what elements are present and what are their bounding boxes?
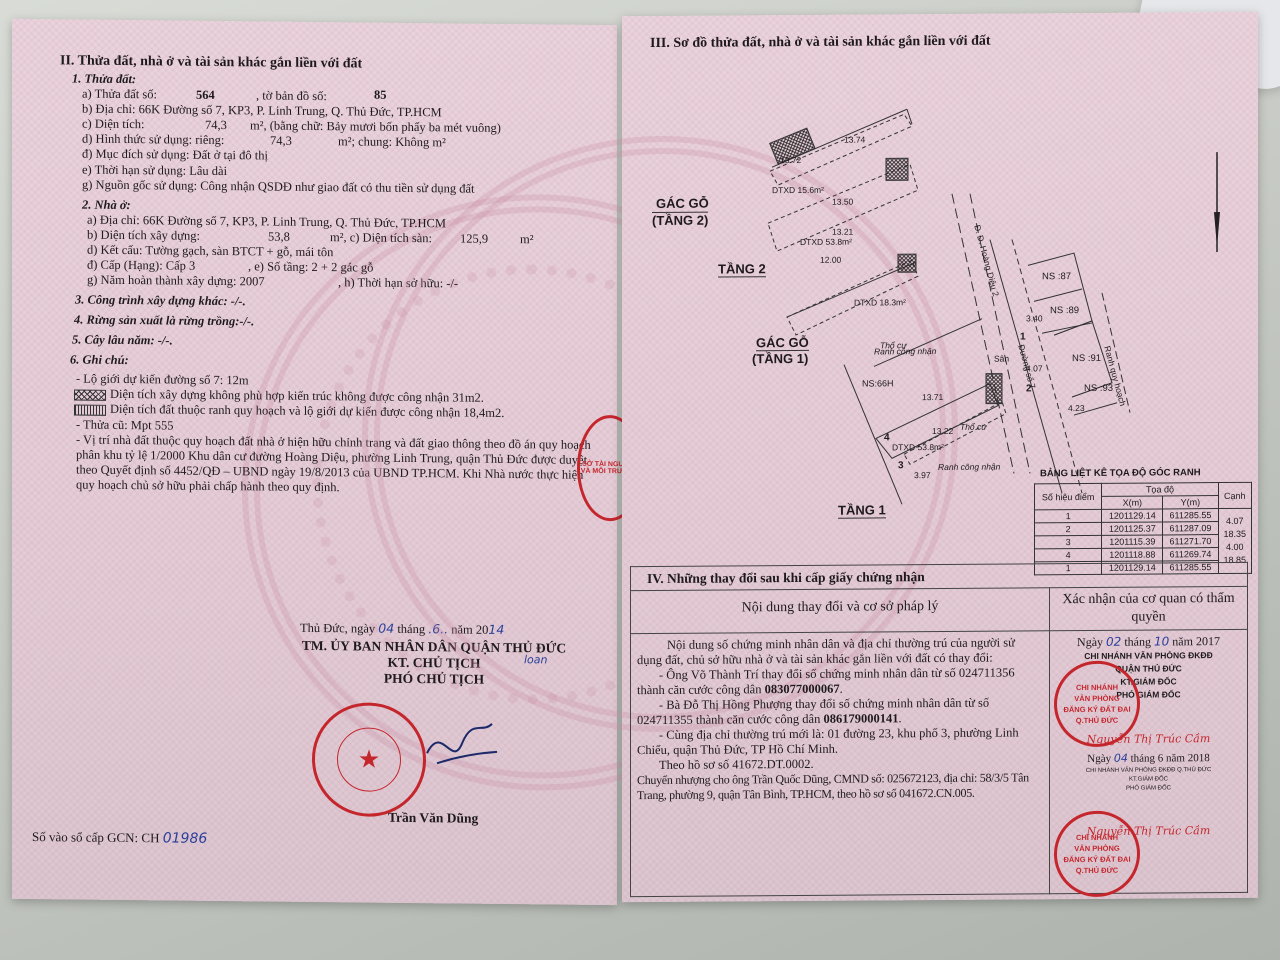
parcel-number: 564 [196,88,215,103]
date-prefix: Ngày [1087,753,1111,765]
map-number: 85 [374,88,387,103]
change-intro: Nội dung số chứng minh nhân dân và địa c… [637,635,1043,668]
coord-table-title: BẢNG LIỆT KÊ TỌA ĐỘ GÓC RANH [1040,467,1201,479]
house-heading: 2. Nhà ở: [82,198,131,214]
cell: 1201129.14 [1102,509,1163,522]
signature-scribble [422,713,502,784]
changes-confirm-cell: Ngày 02 tháng 10 năm 2017 CHI NHÁNH VĂN … [1050,629,1248,893]
date-prefix: Ngày [1077,635,1103,649]
neighbor-93: NS :93 [1084,383,1113,394]
land-purpose: đ) Mục đích sử dụng: Đất ở tại đô thị [82,147,268,164]
build-area-value: 53,8 [268,230,290,245]
dimension-label: 4.23 [1068,403,1085,413]
col-x: X(m) [1102,496,1163,509]
confirm-2-date: Ngày 04 tháng 6 năm 2018 [1054,750,1243,767]
register-number: Số vào sổ cấp GCN: CH 01986 [32,829,207,847]
dimension-label: 3.40 [1026,313,1043,323]
confirm-2-month: 6 [1158,752,1164,764]
perennial-trees: 5. Cây lâu năm: -/-. [72,332,173,348]
edge-value: 4.07 [1222,515,1248,528]
build-area-label: b) Diện tích xây dựng: [87,228,200,244]
cell: 611287.09 [1163,522,1218,535]
corner-point-1: 1 [1020,331,1026,342]
label-floor-2: TẦNG 2 [718,261,766,277]
parcel-label: a) Thửa đất số: [82,87,157,103]
confirm-1-org: CHI NHÁNH VĂN PHÒNG ĐKĐĐ [1054,649,1243,663]
label-attic-1-floor: (TẦNG 1) [752,351,808,366]
change-text: - Bà Đỗ Thị Hồng Phượng thay đổi số chứn… [637,696,989,727]
land-origin: g) Nguồn gốc sử dụng: Công nhận QSDĐ như… [82,178,475,197]
corner-point-4: 4 [884,432,890,443]
residential-label-2: Thổ cư [960,422,987,432]
land-heading: 1. Thửa đất: [72,71,136,87]
neighbor-89: NS :89 [1050,305,1079,316]
dimension-label: 13.71 [922,392,943,402]
confirm-1-date: Ngày 02 tháng 10 năm 2017 [1054,634,1243,650]
cell: 1 [1035,509,1102,522]
neighbor-91: NS :91 [1072,353,1101,364]
seal-line: ĐĂNG KÝ ĐẤT ĐAI [1063,704,1130,715]
col-y: Y(m) [1163,496,1218,509]
note-old-parcel: - Thửa cũ: Mpt 555 [76,418,174,434]
land-term: e) Thời hạn sử dụng: Lâu dài [82,163,227,180]
changes-col-content: Nội dung thay đổi và cơ sở pháp lý [631,588,1050,634]
label-attic-2-floor: (TẦNG 2) [652,212,708,228]
issue-day: 04 [378,621,394,636]
area-value: 74,3 [205,118,227,133]
register-label: Số vào sổ cấp GCN: CH [32,829,159,845]
confirm-1-year: năm 2017 [1172,634,1220,648]
cell: 1201125.37 [1102,522,1163,535]
area-floor-1: DTXD 53.8m² [892,442,944,452]
edge-value: 18.35 [1222,528,1248,541]
usage-common: m²; chung: Không m² [338,134,446,150]
cell: 611285.55 [1163,509,1218,522]
neighbor-87: NS :87 [1042,271,1071,282]
cell: 2 [1035,522,1102,535]
yard-label: Sân [994,354,1009,364]
corner-point-2: 2 [1026,383,1032,394]
month-label: tháng [397,622,425,636]
label-attic-1: GÁC GỖ [756,335,809,351]
date-prefix: Thủ Đức, ngày [300,621,375,636]
dimension-label: 13.72 [780,155,801,165]
seal-line: VĂN PHÒNG [1074,693,1119,704]
month-label: tháng [1131,752,1155,764]
certificate-right-page: III. Sơ đồ thửa đất, nhà ở và tài sản kh… [622,12,1258,902]
north-arrow-icon [1210,152,1214,252]
change-person-1: - Ông Võ Thành Trí thay đổi số chứng min… [637,665,1043,698]
recognized-boundary-label: Ranh công nhận [874,346,934,356]
area-attic-2: DTXD 15.6m² [772,185,824,195]
seal-line: ĐĂNG KÝ ĐẤT ĐAI [1063,854,1130,865]
seal-line: CHI NHÁNH [1076,682,1118,693]
changes-content-cell: Nội dung số chứng minh nhân dân và địa c… [631,631,1050,897]
seal-line: Q.THỦ ĐỨC [1076,715,1118,726]
confirm-1-month: 10 [1154,634,1169,648]
changes-col-confirm: Xác nhận của cơ quan có thẩm quyền [1050,586,1248,630]
recognized-boundary-label-2: Ranh công nhận [938,462,1000,472]
section-title: II. Thửa đất, nhà ở và tài sản khác gắn … [60,53,362,71]
area-floor-2: DTXD 53.8m² [800,237,852,247]
dimension-label: 13.50 [832,197,853,207]
map-label: , tờ bản đồ số: [256,88,327,104]
col-coord: Tọa độ [1102,483,1218,497]
usage-form-label: d) Hình thức sử dụng: riêng: [82,132,224,148]
corner-point-3: 3 [898,460,904,471]
registration-seal-2: CHI NHÁNH VĂN PHÒNG ĐĂNG KÝ ĐẤT ĐAI Q.TH… [1054,811,1140,898]
registration-seal-1: CHI NHÁNH VĂN PHÒNG ĐĂNG KÝ ĐẤT ĐAI Q.TH… [1054,661,1140,748]
dotted-legend-icon [74,404,106,415]
label-floor-1: TẦNG 1 [838,502,886,518]
table-row: 11201129.14611285.554.0718.354.0018.85 [1035,508,1252,523]
area-label: c) Diện tích: [82,117,144,133]
seal-line: CHI NHÁNH [1076,832,1118,843]
cell: 611271.70 [1163,535,1218,548]
change-address: - Cùng địa chỉ thường trú mới là: 01 đườ… [637,725,1043,758]
label-attic-2: GÁC GỖ [656,196,709,211]
month-label: tháng [1124,635,1151,649]
cell: 611269.74 [1163,548,1218,561]
confirm-2-year: năm 2018 [1166,752,1210,764]
dimension-label: 13.21 [832,227,853,237]
diagram-section-title: III. Sơ đồ thửa đất, nhà ở và tài sản kh… [650,34,991,51]
dimension-label: 13.74 [844,135,865,145]
register-value: 01986 [163,830,208,846]
cell: 1201118.88 [1102,548,1163,561]
official-seal: ★ [312,702,426,817]
boundary-text: Ranh công nhận [874,346,936,356]
edge-value: 4.00 [1222,541,1248,554]
cell: 1201115.39 [1102,535,1163,548]
dimension-label: 12.00 [820,255,841,265]
col-edge: Cạnh [1218,482,1251,508]
usage-private-value: 74,3 [270,134,292,149]
cell: 4 [1035,548,1102,561]
notes-heading: 6. Ghi chú: [70,352,129,368]
transfer-entry: Chuyển nhượng cho ông Trần Quốc Dũng, CM… [637,770,1043,803]
hatch-legend-icon [74,389,106,400]
neighbor-66h: NS:66H [862,378,894,388]
confirm-2-day: 04 [1114,752,1128,765]
other-works: 3. Công trình xây dựng khác: -/-. [75,292,246,309]
confirm-1-day: 02 [1106,635,1121,649]
signer-name: Trần Văn Dũng [388,810,478,826]
citizen-id-1: 083077000067 [765,682,840,697]
house-grade: đ) Cấp (Hạng): Cấp 3 [87,258,195,274]
dimension-label: 13.22 [932,426,953,436]
house-floors: , e) Số tầng: 2 + 2 gác gỗ [248,259,373,275]
changes-table: IV. Những thay đổi sau khi cấp giấy chứn… [630,562,1248,897]
seal-line: VĂN PHÒNG [1074,843,1119,854]
seal-star-icon: ★ [337,727,401,792]
seal-line: Q.THỦ ĐỨC [1076,865,1118,876]
dimension-label: 3.97 [914,470,931,480]
col-point: Số hiệu điểm [1035,483,1102,509]
change-person-2: - Bà Đỗ Thị Hồng Phượng thay đổi số chứn… [637,695,1043,728]
floor-area-label: m², c) Diện tích sàn: [330,230,432,246]
house-year: g) Năm hoàn thành xây dựng: 2007 [87,273,265,290]
confirm-2-role-2: PHÓ GIÁM ĐỐC [1054,784,1243,794]
planted-forest: 4. Rừng sản xuất là rừng trồng:-/-. [74,312,254,329]
cell: 3 [1035,535,1102,548]
area-attic-1: DTXD 18.3m² [854,297,906,307]
citizen-id-2: 086179000141 [823,711,898,726]
